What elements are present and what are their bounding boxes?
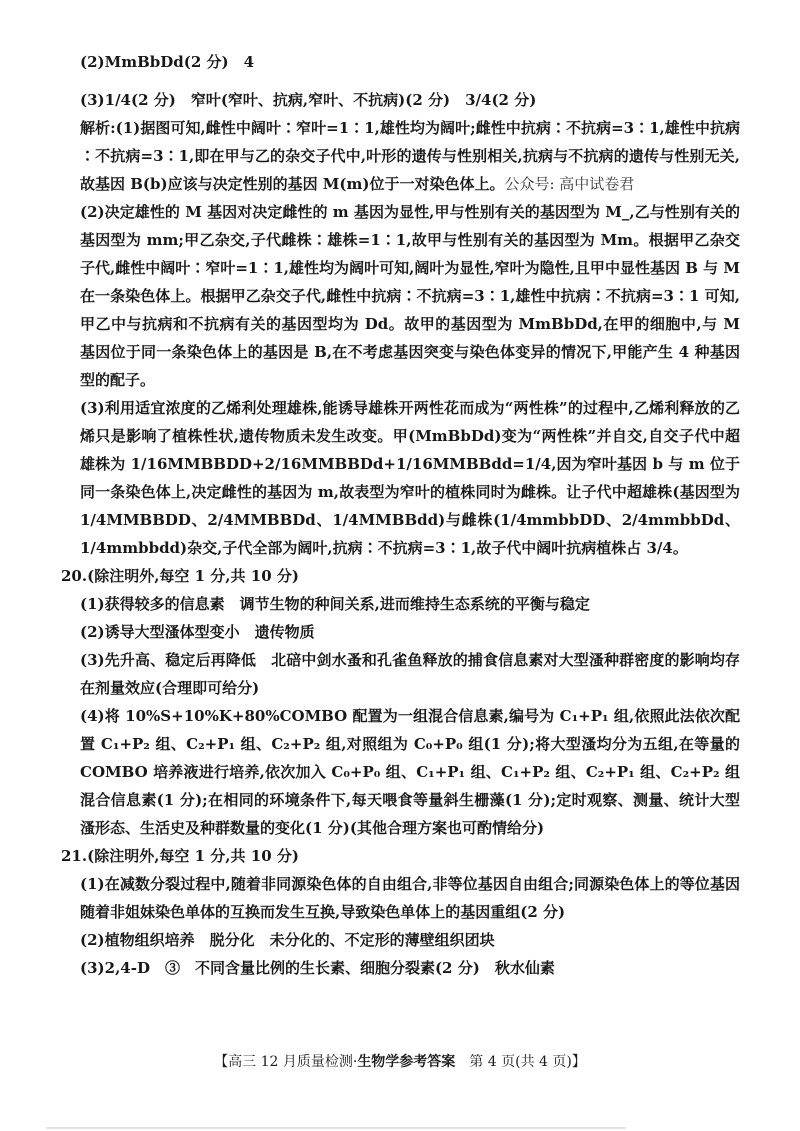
q20-item-1: (1)获得较多的信息素 调节生物的种间关系,进而维持生态系统的平衡与稳定 <box>80 590 740 618</box>
footer-subject-title: 生物学参考答案 <box>357 1054 455 1070</box>
q21-scoring-note: (除注明外,每空 1 分,共 10 分) <box>87 847 299 865</box>
q21-header: 21.(除注明外,每空 1 分,共 10 分) <box>80 842 740 870</box>
q19-answer-line-2: (2)MmBbDd(2 分) 4 <box>80 48 740 76</box>
q19-answer-line-3: (3)1/4(2 分) 窄叶(窄叶、抗病,窄叶、不抗病)(2 分) 3/4(2 … <box>80 86 740 114</box>
question-21-section: 21.(除注明外,每空 1 分,共 10 分) (1)在减数分裂过程中,随着非同… <box>80 842 740 982</box>
q20-item-2: (2)诱导大型溞体型变小 遗传物质 <box>80 618 740 646</box>
q19-analysis-paragraph-3: (3)利用适宜浓度的乙烯利处理雄株,能诱导雄株开两性花而成为“两性株”的过程中,… <box>80 394 740 562</box>
answer-content: (2)MmBbDd(2 分) 4 (3)1/4(2 分) 窄叶(窄叶、抗病,窄叶… <box>80 48 740 982</box>
q20-header: 20.(除注明外,每空 1 分,共 10 分) <box>80 562 740 590</box>
watermark-text: 公众号: 高中试卷君 <box>504 175 634 193</box>
q21-item-1: (1)在减数分裂过程中,随着非同源染色体的自由组合,非等位基因自由组合;同源染色… <box>80 870 740 926</box>
q21-item-2: (2)植物组织培养 脱分化 未分化的、不定形的薄壁组织团块 <box>80 926 740 954</box>
page-bottom-edge <box>46 1127 626 1129</box>
exam-answer-page: { "q19": { "answers": [ "(2)MmBbDd(2 分) … <box>0 0 800 1131</box>
q19-analysis-1-text: (1)据图可知,雌性中阔叶∶窄叶=1∶1,雄性均为阔叶;雌性中抗病∶不抗病=3∶… <box>80 119 740 193</box>
q20-scoring-note: (除注明外,每空 1 分,共 10 分) <box>87 567 299 585</box>
q20-number: 20. <box>61 567 87 585</box>
analysis-label: 解析: <box>80 119 116 137</box>
question-20-section: 20.(除注明外,每空 1 分,共 10 分) (1)获得较多的信息素 调节生物… <box>80 562 740 842</box>
question-19-section: (2)MmBbDd(2 分) 4 (3)1/4(2 分) 窄叶(窄叶、抗病,窄叶… <box>80 48 740 562</box>
q20-item-4: (4)将 10%S+10%K+80%COMBO 配置为一组混合信息素,编号为 C… <box>80 702 740 842</box>
q21-number: 21. <box>61 847 87 865</box>
q19-analysis-paragraph-1: 解析:(1)据图可知,雌性中阔叶∶窄叶=1∶1,雄性均为阔叶;雌性中抗病∶不抗病… <box>80 114 740 198</box>
footer-exam-title: 【高三 12 月质量检测· <box>214 1054 357 1070</box>
page-footer: 【高三 12 月质量检测·生物学参考答案 第 4 页(共 4 页)】 <box>0 1052 800 1072</box>
q20-item-3: (3)先升高、稳定后再降低 北碚中剑水蚤和孔雀鱼释放的捕食信息素对大型溞种群密度… <box>80 646 740 702</box>
q19-analysis-paragraph-2: (2)决定雄性的 M 基因对决定雌性的 m 基因为显性,甲与性别有关的基因型为 … <box>80 198 740 394</box>
q21-item-3: (3)2,4-D ③ 不同含量比例的生长素、细胞分裂素(2 分) 秋水仙素 <box>80 954 740 982</box>
footer-page-number: 第 4 页(共 4 页)】 <box>455 1054 586 1070</box>
